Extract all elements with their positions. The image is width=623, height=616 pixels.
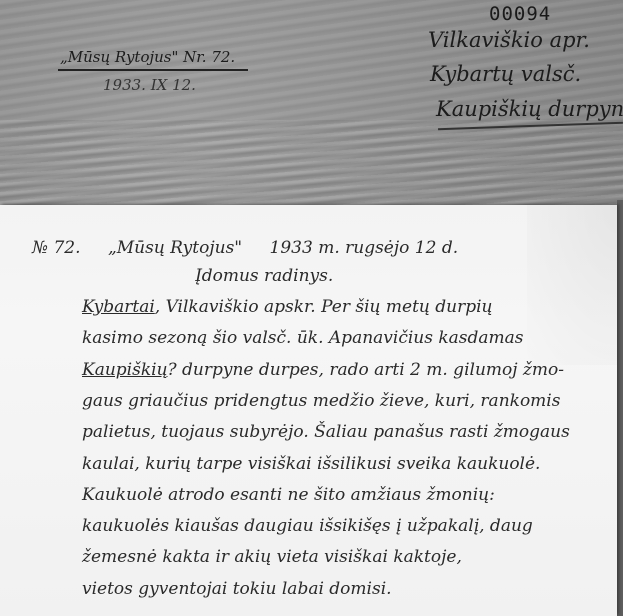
body-line-text: Kaukuolė atrodo esanti ne šito amžiaus ž… [82,485,495,505]
document-header: № 72. „Mūsų Rytojus" 1933 m. rugsėjo 12 … [32,238,480,258]
document-number: № 72. [32,238,81,258]
body-line: kasimo sezoną šio valsč. ūk. Apanavičius… [82,328,524,348]
clipping-source-label: „Mūsų Rytojus" Nr. 72. [60,48,235,66]
document-title: Įdomus radinys. [195,266,333,286]
body-line-text: , Vilkaviškio apskr. Per šių metų durpių [155,297,493,317]
body-line-text: kasimo sezoną šio valsč. ūk. Apanavičius… [82,328,524,348]
body-line-text: gaus griaučius pridengtus medžio žieve, … [82,391,560,411]
publication-date: 1933 m. rugsėjo 12 d. [270,238,459,258]
underlined-place-name: Kaupiškių [82,360,168,380]
archive-stamp-number: 00094 [489,3,551,25]
paper-shade [527,205,617,365]
location-district: Vilkaviškio apr. [428,28,590,52]
body-line-text: žemesnė kakta ir akių vieta visiškai kak… [82,547,462,567]
body-line-text: vietos gyventojai tokiu labai domisi. [82,579,392,599]
body-line: Kaupiškių? durpyne durpes, rado arti 2 m… [82,360,564,380]
body-line: Kybartai, Vilkaviškio apskr. Per šių met… [82,297,492,317]
body-line: žemesnė kakta ir akių vieta visiškai kak… [82,547,462,567]
clipping-date-label: 1933. IX 12. [103,76,196,94]
newspaper-name: „Mūsų Rytojus" [108,238,242,258]
body-line: kaukuolės kiaušas daugiau išsikišęs į už… [82,516,533,536]
location-township: Kybartų valsč. [430,62,581,86]
body-line-text: kaukuolės kiaušas daugiau išsikišęs į už… [82,516,533,536]
body-line: kaulai, kurių tarpe visiškai išsilikusi … [82,454,540,474]
clipping-underline [58,69,248,71]
body-line: palietus, tuojaus subyrėjo. Šaliau panaš… [82,422,570,442]
paper-wrinkles [0,120,623,210]
location-peat-bog: Kaupiškių durpyn [436,97,623,121]
body-line-text: kaulai, kurių tarpe visiškai išsilikusi … [82,454,540,474]
body-line: Kaukuolė atrodo esanti ne šito amžiaus ž… [82,485,495,505]
body-line: gaus griaučius pridengtus medžio žieve, … [82,391,560,411]
body-line-text: ? durpyne durpes, rado arti 2 m. gilumoj… [168,360,564,380]
body-line: vietos gyventojai tokiu labai domisi. [82,579,392,599]
paper-edge-shadow [617,200,623,616]
underlined-place-name: Kybartai [82,297,155,317]
body-line-text: palietus, tuojaus subyrėjo. Šaliau panaš… [82,422,570,442]
